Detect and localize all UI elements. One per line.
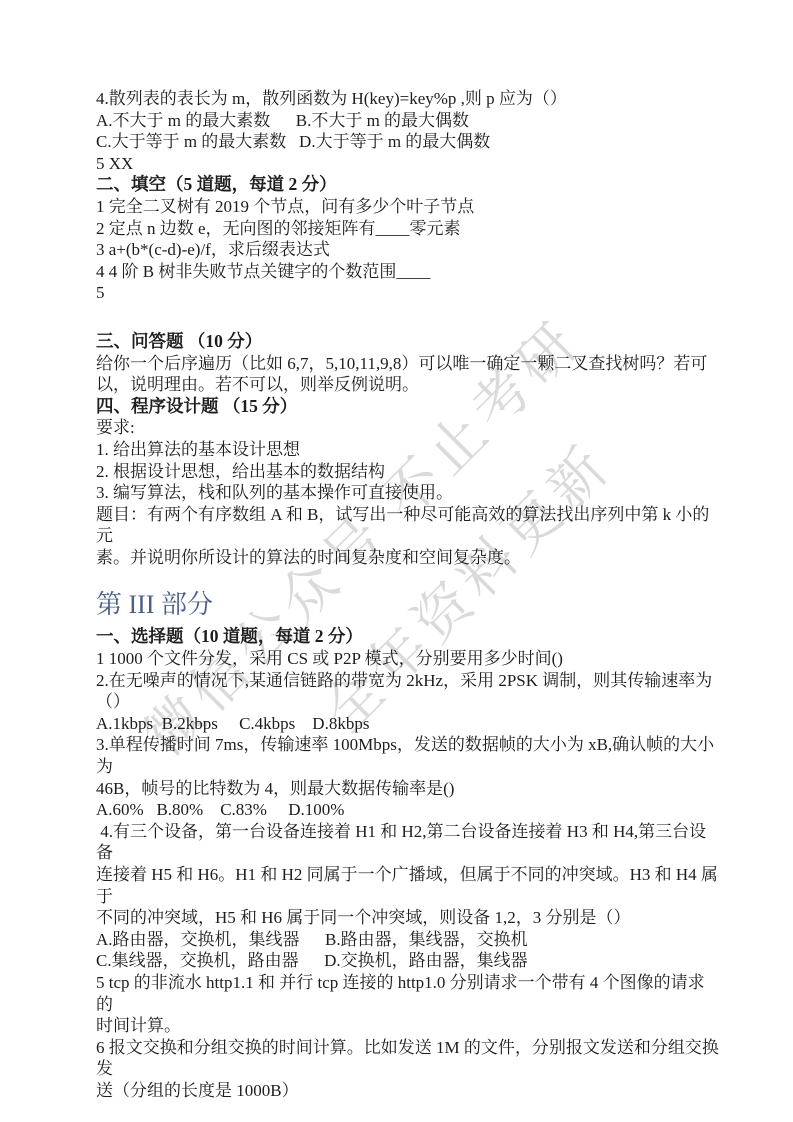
mc-question-line: 2.在无噪声的情况下,某通信链路的带宽为 2kHz，采用 2PSK 调制，则其传… — [96, 670, 720, 692]
mc-option-row: A.60% B.80% C.83% D.100% — [96, 799, 720, 821]
mc-option-row: A.1kbps B.2kbps C.4kbps D.8kbps — [96, 713, 720, 735]
programming-requirement-line: 2. 根据设计思想，给出基本的数据结构 — [96, 461, 720, 483]
mc-question-line: 时间计算。 — [96, 1015, 720, 1037]
mc-question-line: （） — [96, 691, 720, 713]
programming-problem-line: 题目：有两个有序数组 A 和 B，试写出一种尽可能高效的算法找出序列中第 k 小… — [96, 504, 720, 547]
section-heading-fill-in: 二、填空（5 道题，每道 2 分） — [96, 174, 720, 196]
question-4-options-ab: A.不大于 m 的最大素数 B.不大于 m 的最大偶数 — [96, 110, 720, 132]
programming-requirement-line: 要求: — [96, 417, 720, 439]
programming-requirement-line: 1. 给出算法的基本设计思想 — [96, 439, 720, 461]
programming-problem-line: 素。并说明你所设计的算法的时间复杂度和空间复杂度。 — [96, 547, 720, 569]
section-heading-programming: 四、程序设计题 （15 分） — [96, 396, 720, 418]
programming-requirement-line: 3. 编写算法，栈和队列的基本操作可直接使用。 — [96, 482, 720, 504]
mc-option-row: C.集线器，交换机，路由器 D.交换机，路由器，集线器 — [96, 950, 720, 972]
mc-question-line: 46B，帧号的比特数为 4，则最大数据传输率是() — [96, 778, 720, 800]
question-4-stem: 4.散列表的表长为 m，散列函数为 H(key)=key%p ,则 p 应为（） — [96, 88, 720, 110]
mc-question-line: 5 tcp 的非流水 http1.1 和 并行 tcp 连接的 http1.0 … — [96, 972, 720, 1015]
vertical-gap — [96, 304, 720, 331]
mc-question-line: 6 报文交换和分组交换的时间计算。比如发送 1M 的文件，分别报文发送和分组交换… — [96, 1037, 720, 1080]
fill-in-item: 3 a+(b*(c-d)-e)/f，求后缀表达式 — [96, 239, 720, 261]
document-content: 4.散列表的表长为 m，散列函数为 H(key)=key%p ,则 p 应为（）… — [96, 88, 720, 1102]
fill-in-item: 5 — [96, 282, 720, 304]
mc-question-line: 连接着 H5 和 H6。H1 和 H2 同属于一个广播域，但属于不同的冲突域。H… — [96, 864, 720, 907]
fill-in-item: 1 完全二叉树有 2019 个节点，问有多少个叶子节点 — [96, 196, 720, 218]
mc-question-line: 4.有三个设备，第一台设备连接着 H1 和 H2,第二台设备连接着 H3 和 H… — [96, 821, 720, 864]
section-heading-qa: 三、问答题 （10 分） — [96, 331, 720, 353]
exam-document-page: 微信公众号 不止考研 全年资料更新 4.散列表的表长为 m，散列函数为 H(ke… — [0, 0, 793, 1122]
qa-question-line: 以，说明理由。若不可以，则举反例说明。 — [96, 374, 720, 396]
mc-question-line: 不同的冲突域，H5 和 H6 属于同一个冲突域，则设备 1,2，3 分别是（） — [96, 907, 720, 929]
part-3-heading: 第 III 部分 — [96, 588, 720, 622]
mc-option-row: A.路由器，交换机，集线器 B.路由器，集线器，交换机 — [96, 929, 720, 951]
fill-in-item: 4 4 阶 B 树非失败节点关键字的个数范围____ — [96, 261, 720, 283]
section-heading-multiple-choice: 一、选择题（10 道题，每道 2 分） — [96, 626, 720, 648]
mc-question-line: 送（分组的长度是 1000B） — [96, 1080, 720, 1102]
fill-in-item: 2 定点 n 边数 e，无向图的邻接矩阵有____零元素 — [96, 218, 720, 240]
mc-question-line: 3.单程传播时间 7ms，传输速率 100Mbps，发送的数据帧的大小为 xB,… — [96, 734, 720, 777]
mc-question-line: 1 1000 个文件分发，采用 CS 或 P2P 模式，分别要用多少时间() — [96, 648, 720, 670]
qa-question-line: 给你一个后序遍历（比如 6,7，5,10,11,9,8）可以唯一确定一颗二叉查找… — [96, 353, 720, 375]
question-4-options-cd: C.大于等于 m 的最大素数 D.大于等于 m 的最大偶数 — [96, 131, 720, 153]
question-5-placeholder: 5 XX — [96, 153, 720, 175]
